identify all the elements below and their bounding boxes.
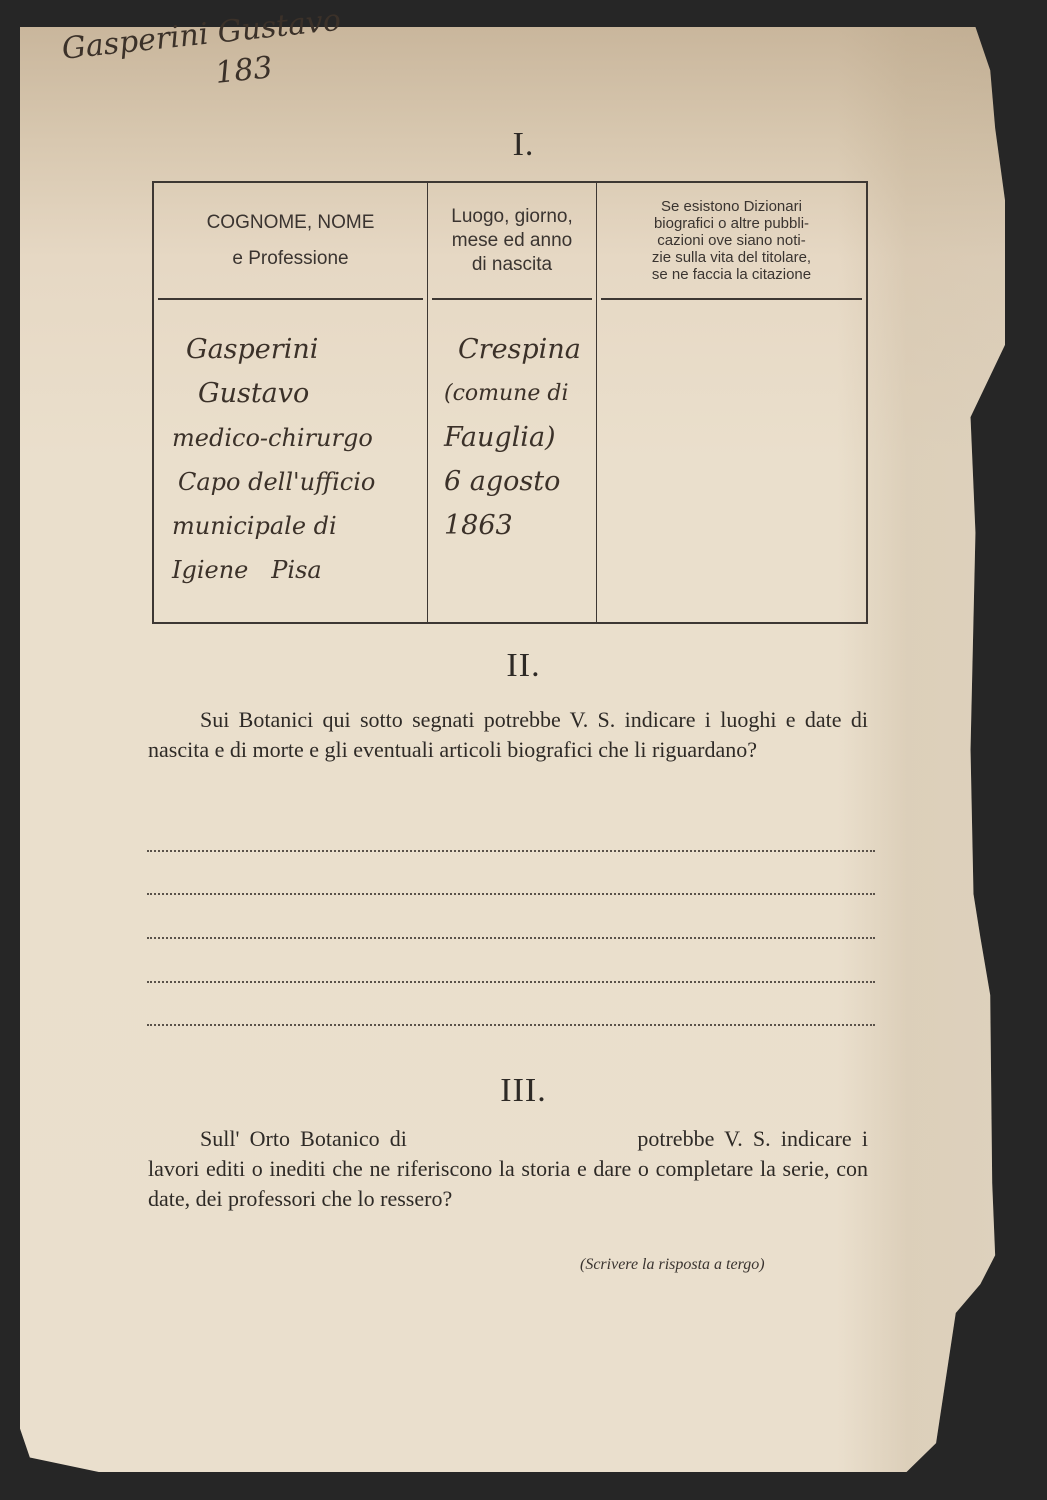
section-3-question: Sull' Orto Botanico di potrebbe V. S. in… — [148, 1124, 868, 1214]
section-2-heading: II. — [0, 647, 1047, 685]
section-1-heading: I. — [0, 126, 1047, 164]
answer-line-3[interactable] — [147, 937, 875, 939]
section-3-text-start: Sull' Orto Botanico di — [200, 1126, 407, 1151]
answer-line-5[interactable] — [147, 1024, 875, 1026]
answer-line-1[interactable] — [147, 850, 875, 852]
section-3-heading: III. — [0, 1072, 1047, 1110]
answer-line-2[interactable] — [147, 893, 875, 895]
field-birth[interactable]: Crespina (comune di Fauglia) 6 agosto 18… — [428, 300, 596, 548]
section-2-question: Sui Botanici qui sotto segnati potrebbe … — [148, 705, 868, 765]
column-citations: Se esistono Dizionari biografici o altre… — [597, 182, 868, 623]
header-name-profession: COGNOME, NOME e Professione — [158, 183, 423, 300]
answer-line-4[interactable] — [147, 981, 875, 983]
column-name-profession: COGNOME, NOME e Professione Gasperini Gu… — [153, 182, 428, 623]
header-citations: Se esistono Dizionari biografici o altre… — [601, 183, 862, 300]
column-birth: Luogo, giorno, mese ed anno di nascita C… — [428, 182, 597, 623]
field-name-profession[interactable]: Gasperini Gustavo medico-chirurgo Capo d… — [154, 300, 427, 592]
footnote-answer-overleaf: (Scrivere la risposta a tergo) — [580, 1256, 765, 1274]
header-birth: Luogo, giorno, mese ed anno di nascita — [432, 183, 592, 300]
biography-form-table: COGNOME, NOME e Professione Gasperini Gu… — [152, 181, 868, 624]
field-citations[interactable] — [597, 300, 866, 328]
